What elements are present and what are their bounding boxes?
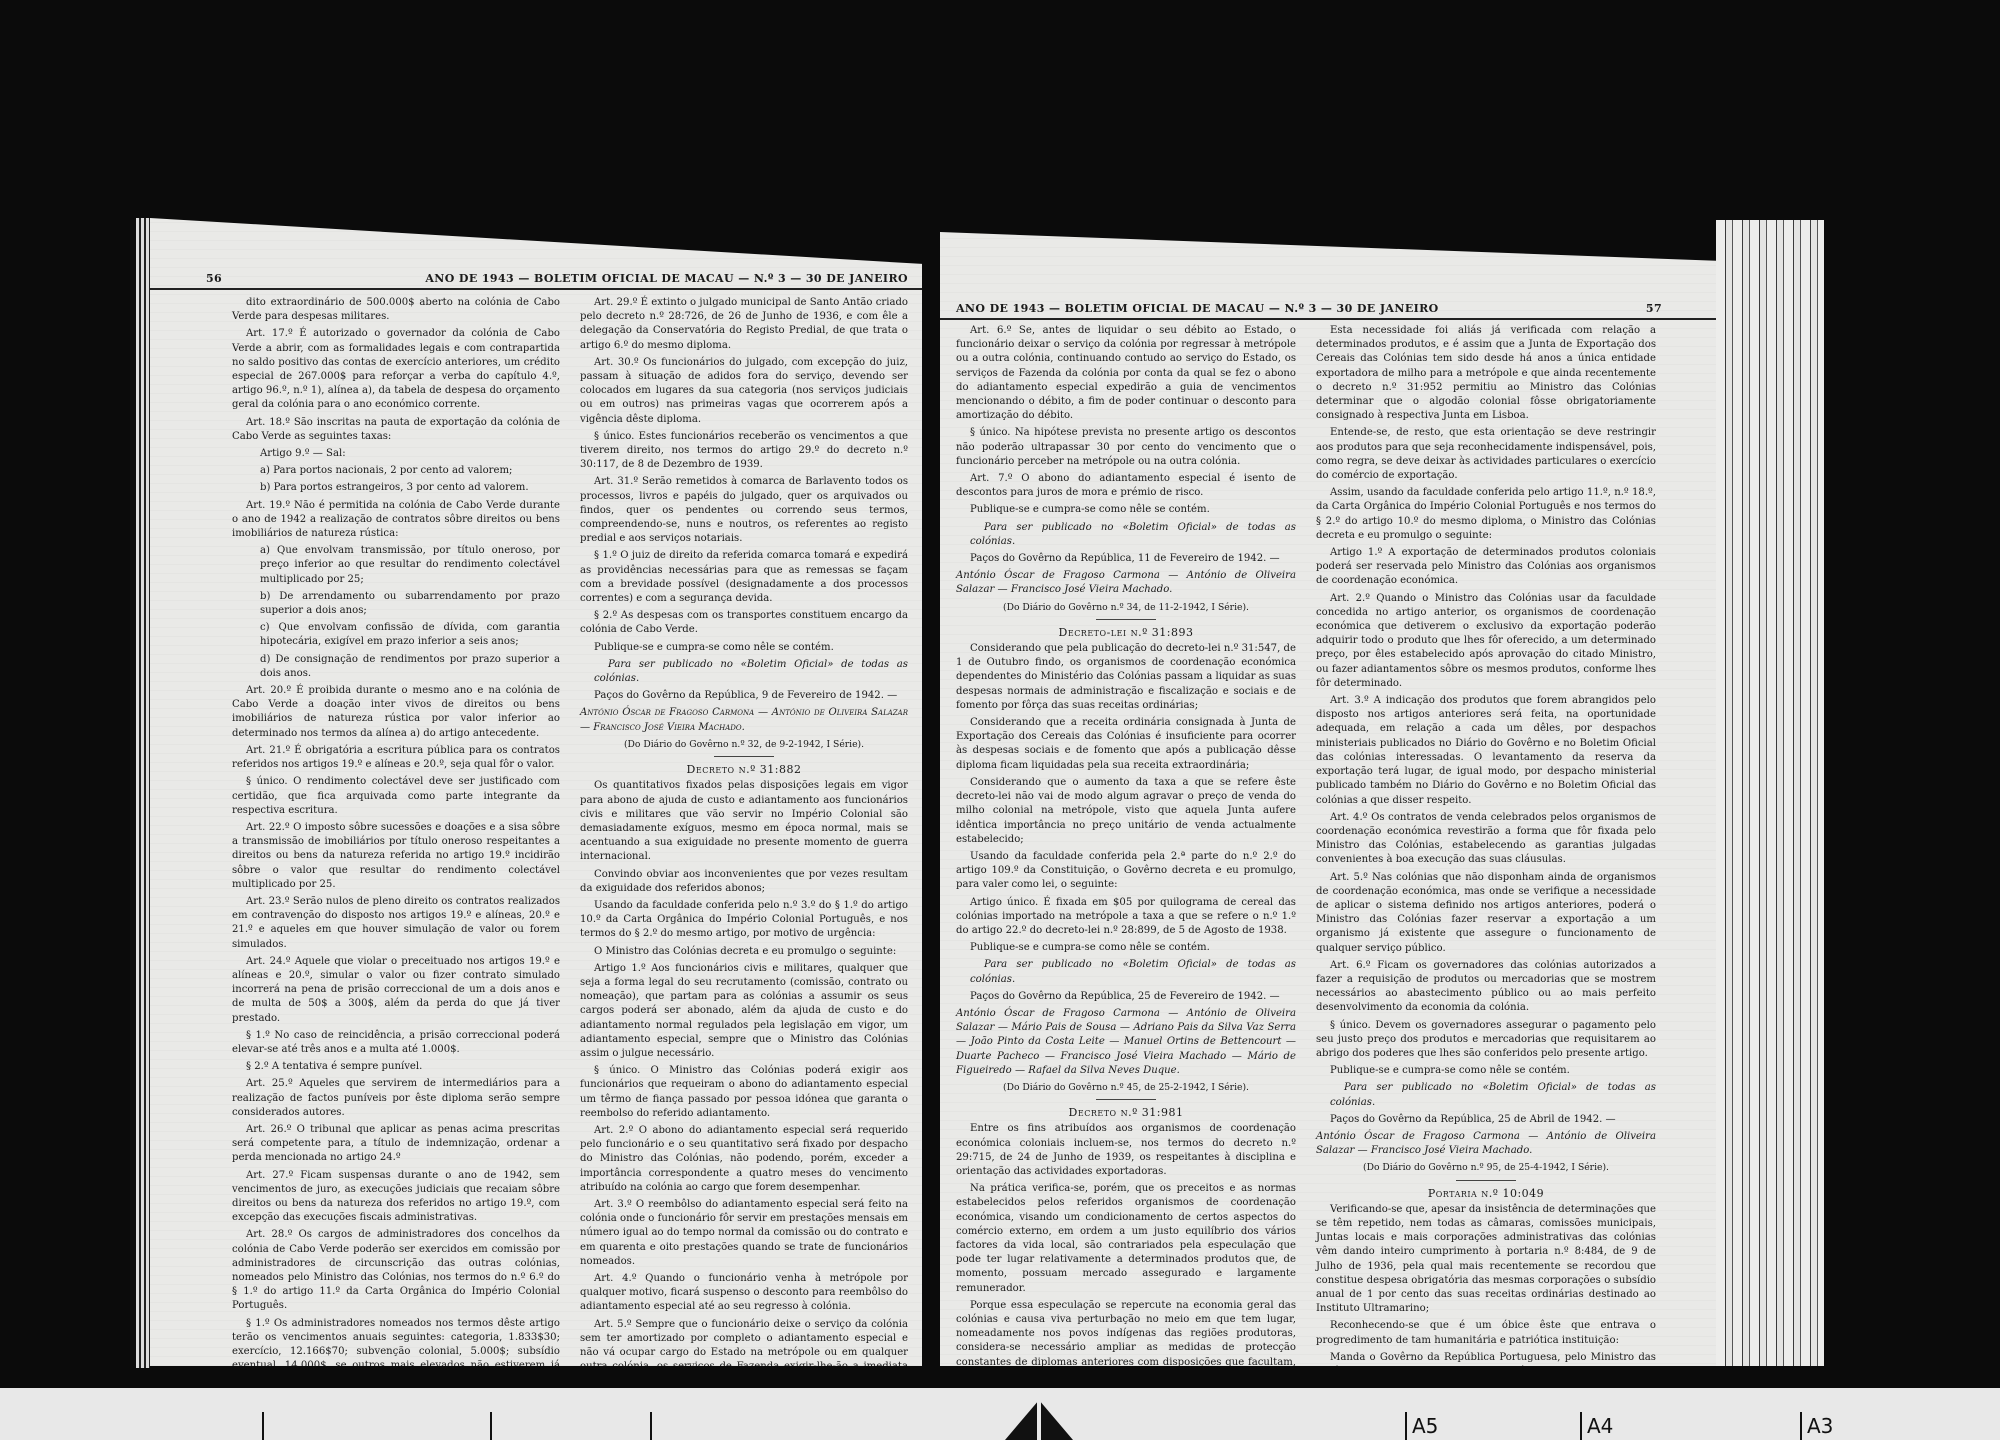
column-1: Art. 6.º Se, antes de liquidar o seu déb… <box>956 324 1296 1372</box>
paragraph: Art. 5.º Sempre que o funcionário deixe … <box>580 1318 908 1366</box>
signature-place-date: Paços do Govêrno da República, 25 de Abr… <box>1316 1113 1656 1127</box>
paragraph: Art. 4.º Quando o funcionário venha à me… <box>580 1272 908 1315</box>
column-2: Art. 29.º É extinto o julgado municipal … <box>580 296 908 1356</box>
paragraph: Usando da faculdade conferida pelo n.º 3… <box>580 899 908 942</box>
paragraph: Verificando-se que, apesar da insistênci… <box>1316 1203 1656 1317</box>
paragraph: Art. 4.º Os contratos de venda celebrado… <box>1316 811 1656 868</box>
paragraph: Os quantitativos fixados pelas disposiçõ… <box>580 779 908 864</box>
paragraph: Considerando que o aumento da taxa a que… <box>956 776 1296 847</box>
paragraph: Usando da faculdade conferida pela 2.ª p… <box>956 850 1296 893</box>
film-label: A5 <box>1412 1414 1438 1438</box>
publication-note: Para ser publicado no «Boletim Oficial» … <box>580 658 908 686</box>
paragraph: Entende-se, de resto, que esta orientaçã… <box>1316 426 1656 483</box>
film-tick <box>1800 1412 1802 1440</box>
microfilm-marks: A5 A4 A3 <box>0 1388 2000 1440</box>
paragraph: c) Que envolvam confissão de dívida, com… <box>232 621 560 649</box>
paragraph: Art. 3.º O reembôlso do adiantamento esp… <box>580 1198 908 1269</box>
decree-body: Entre os fins atribuídos aos organismos … <box>956 1122 1296 1382</box>
paragraph: § 1.º O juiz de direito da referida coma… <box>580 549 908 606</box>
decree-law-title: Decreto-lei n.º 31:893 <box>956 626 1296 640</box>
paragraph: § único. Na hipótese prevista no present… <box>956 426 1296 469</box>
text-columns: Art. 6.º Se, antes de liquidar o seu déb… <box>956 324 1656 1372</box>
publication-note: Para ser publicado no «Boletim Oficial» … <box>1316 1081 1656 1109</box>
paragraph: b) Para portos estrangeiros, 3 por cento… <box>232 481 560 495</box>
section-divider <box>1456 1180 1516 1181</box>
paragraph: Art. 27.º Ficam suspensas durante o ano … <box>232 1169 560 1226</box>
paragraph: Art. 19.º Não é permitida na colónia de … <box>232 499 560 542</box>
running-head: 56 ANO DE 1943 — BOLETIM OFICIAL DE MACA… <box>150 272 922 290</box>
paragraph: Convindo obviar aos inconvenientes que p… <box>580 868 908 896</box>
paragraph: Artigo 1.º Aos funcionários civis e mili… <box>580 962 908 1061</box>
paragraph: § 1.º No caso de reincidência, a prisão … <box>232 1029 560 1057</box>
paragraph: d) De consignação de rendimentos por pra… <box>232 653 560 681</box>
paragraph: Art. 2.º O abono do adiantamento especia… <box>580 1124 908 1195</box>
film-tick <box>490 1412 492 1440</box>
film-tick <box>650 1412 652 1440</box>
paragraph: Art. 21.º É obrigatória a escritura públ… <box>232 744 560 772</box>
paragraph: Art. 28.º Os cargos de administradores d… <box>232 1228 560 1313</box>
articles-6-7: Art. 6.º Se, antes de liquidar o seu déb… <box>956 324 1296 500</box>
paragraph: Reconhecendo-se que é um óbice êste que … <box>1316 1319 1656 1347</box>
paragraph: dito extraordinário de 500.000$ aberto n… <box>232 296 560 324</box>
paragraph: § 1.º Os administradores nomeados nos te… <box>232 1317 560 1366</box>
paragraph: Art. 25.º Aqueles que servirem de interm… <box>232 1077 560 1120</box>
paragraph: Considerando que a receita ordinária con… <box>956 716 1296 773</box>
source-citation: (Do Diário do Govêrno n.º 95, de 25-4-19… <box>1316 1161 1656 1175</box>
paragraph: Art. 29.º É extinto o julgado municipal … <box>580 296 908 353</box>
page-stack-edge <box>1716 220 1824 1380</box>
paragraph: Art. 2.º Quando o Ministro das Colónias … <box>1316 592 1656 691</box>
paragraph: Art. 5.º Nas colónias que não disponham … <box>1316 871 1656 956</box>
paragraph: b) De arrendamento ou subarrendamento po… <box>232 590 560 618</box>
paragraph: Considerando que pela publicação do decr… <box>956 642 1296 713</box>
paragraph: Art. 3.º A indicação dos produtos que fo… <box>1316 694 1656 808</box>
paragraph: Assim, usando da faculdade conferida pel… <box>1316 486 1656 543</box>
section-divider <box>1096 619 1156 620</box>
paragraph: Art. 20.º É proibida durante o mesmo ano… <box>232 684 560 741</box>
source-citation: (Do Diário do Govêrno n.º 45, de 25-2-19… <box>956 1081 1296 1095</box>
text-columns: dito extraordinário de 500.000$ aberto n… <box>232 296 908 1356</box>
publish-clause: Publique-se e cumpra-se como nêle se con… <box>956 503 1296 517</box>
paragraph: Artigo único. É fixada em $05 por quilog… <box>956 896 1296 939</box>
film-arrow-mark <box>1005 1400 1073 1440</box>
film-label: A4 <box>1587 1414 1613 1438</box>
source-citation: (Do Diário do Govêrno n.º 34, de 11-2-19… <box>956 601 1296 615</box>
paragraph: § único. O Ministro das Colónias poderá … <box>580 1064 908 1121</box>
scan-shadow <box>150 1366 2000 1390</box>
signatories: António Óscar de Fragoso Carmona — Antón… <box>1316 1130 1656 1158</box>
publication-note: Para ser publicado no «Boletim Oficial» … <box>956 958 1296 986</box>
column-1: dito extraordinário de 500.000$ aberto n… <box>232 296 560 1356</box>
section-divider <box>1096 1099 1156 1100</box>
page-number: 56 <box>206 272 222 285</box>
paragraph: Art. 31.º Serão remetidos à comarca de B… <box>580 475 908 546</box>
running-head: ANO DE 1943 — BOLETIM OFICIAL DE MACAU —… <box>940 302 1716 320</box>
publication-note: Para ser publicado no «Boletim Oficial» … <box>956 521 1296 549</box>
paragraph: § 2.º As despesas com os transportes con… <box>580 609 908 637</box>
publish-clause: Publique-se e cumpra-se como nêle se con… <box>956 941 1296 955</box>
paragraph: Art. 7.º O abono do adiantamento especia… <box>956 472 1296 500</box>
publish-clause: Publique-se e cumpra-se como nêle se con… <box>580 641 908 655</box>
paragraph: Art. 6.º Ficam os governadores das colón… <box>1316 959 1656 1016</box>
book-binding-edge <box>136 218 150 1368</box>
paragraph: a) Que envolvam transmissão, por título … <box>232 544 560 587</box>
paragraph: § único. O rendimento colectável deve se… <box>232 775 560 818</box>
left-page: 56 ANO DE 1943 — BOLETIM OFICIAL DE MACA… <box>150 218 922 1366</box>
column-2: Esta necessidade foi aliás já verificada… <box>1316 324 1656 1372</box>
articles-29-31: Art. 29.º É extinto o julgado municipal … <box>580 296 908 638</box>
signatories: António Óscar de Fragoso Carmona — Antón… <box>956 569 1296 597</box>
signatories: António Óscar de Fragoso Carmona — Antón… <box>580 706 908 734</box>
film-label: A3 <box>1807 1414 1833 1438</box>
decree-law-body: Considerando que pela publicação do decr… <box>956 642 1296 938</box>
paragraph: Artigo 1.º A exportação de determinados … <box>1316 546 1656 589</box>
decree-title: Decreto n.º 31:981 <box>956 1106 1296 1120</box>
signature-place-date: Paços do Govêrno da República, 25 de Fev… <box>956 990 1296 1004</box>
right-page: ANO DE 1943 — BOLETIM OFICIAL DE MACAU —… <box>940 232 1716 1382</box>
paragraph: a) Para portos nacionais, 2 por cento ad… <box>232 464 560 478</box>
paragraph: Art. 6.º Se, antes de liquidar o seu déb… <box>956 324 1296 423</box>
paragraph: Art. 17.º É autorizado o governador da c… <box>232 327 560 412</box>
paragraph: Art. 30.º Os funcionários do julgado, co… <box>580 356 908 427</box>
paragraph: § único. Estes funcionários receberão os… <box>580 430 908 473</box>
paragraph: Art. 26.º O tribunal que aplicar as pena… <box>232 1123 560 1166</box>
running-head-title: ANO DE 1943 — BOLETIM OFICIAL DE MACAU —… <box>425 272 908 285</box>
paragraph: § 2.º A tentativa é sempre punível. <box>232 1060 560 1074</box>
decree-body: Os quantitativos fixados pelas disposiçõ… <box>580 779 908 1366</box>
publish-clause: Publique-se e cumpra-se como nêle se con… <box>1316 1064 1656 1078</box>
film-tick <box>262 1412 264 1440</box>
portaria-title: Portaria n.º 10:049 <box>1316 1187 1656 1201</box>
paragraph: Art. 24.º Aquele que violar o preceituad… <box>232 955 560 1026</box>
paragraph: Artigo 9.º — Sal: <box>232 447 560 461</box>
paragraph: § único. Devem os governadores assegurar… <box>1316 1019 1656 1062</box>
paragraph: Esta necessidade foi aliás já verificada… <box>1316 324 1656 423</box>
signatories: António Óscar de Fragoso Carmona — Antón… <box>956 1007 1296 1078</box>
film-tick <box>1580 1412 1582 1440</box>
source-citation: (Do Diário do Govêrno n.º 32, de 9-2-194… <box>580 738 908 752</box>
paragraph: Art. 18.º São inscritas na pauta de expo… <box>232 416 560 444</box>
running-head-title: ANO DE 1943 — BOLETIM OFICIAL DE MACAU —… <box>956 302 1439 315</box>
decree-title: Decreto n.º 31:882 <box>580 763 908 777</box>
signature-place-date: Paços do Govêrno da República, 9 de Feve… <box>580 689 908 703</box>
decree-continuation: Esta necessidade foi aliás já verificada… <box>1316 324 1656 1061</box>
paragraph: Na prática verifica-se, porém, que os pr… <box>956 1182 1296 1296</box>
section-divider <box>714 756 774 757</box>
paragraph: Entre os fins atribuídos aos organismos … <box>956 1122 1296 1179</box>
signature-place-date: Paços do Govêrno da República, 11 de Fev… <box>956 552 1296 566</box>
page-number: 57 <box>1646 302 1662 315</box>
portaria-body: Verificando-se que, apesar da insistênci… <box>1316 1203 1656 1382</box>
paragraph: O Ministro das Colónias decreta e eu pro… <box>580 945 908 959</box>
paragraph: Art. 22.º O imposto sôbre sucessões e do… <box>232 821 560 892</box>
paragraph: Art. 23.º Serão nulos de pleno direito o… <box>232 895 560 952</box>
film-tick <box>1405 1412 1407 1440</box>
